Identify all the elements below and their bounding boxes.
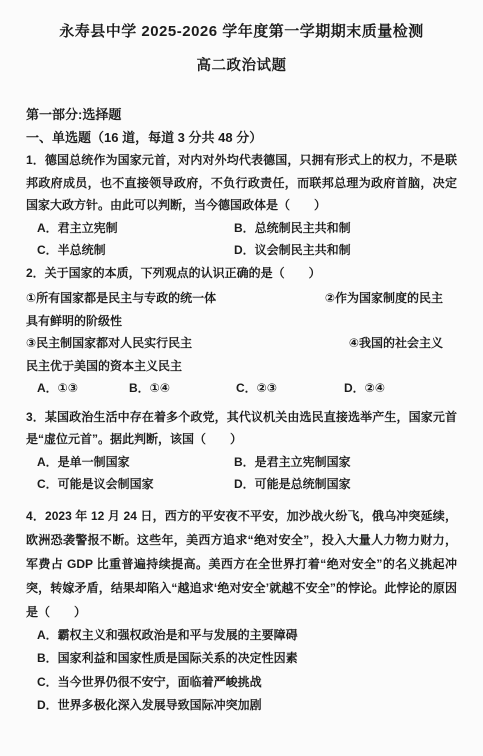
question-2-option-b: B．①④ <box>129 377 236 400</box>
question-1-option-b: B．总统制民主共和制 <box>234 217 457 240</box>
statement-4-continued: 民主优于美国的资本主义民主 <box>26 355 457 378</box>
question-3-options: A．是单一制国家 B．是君主立宪制国家 C．可能是议会制国家 D．可能是总统制国… <box>26 451 457 496</box>
question-3-option-b: B．是君主立宪制国家 <box>234 451 457 474</box>
statement-1: ①所有国家都是民主与专政的统一体 <box>26 287 216 310</box>
question-2-option-d: D．②④ <box>344 377 385 400</box>
question-1-options: A．君主立宪制 B．总统制民主共和制 C．半总统制 D．议会制民主共和制 <box>26 217 457 262</box>
question-3-option-c: C．可能是议会制国家 <box>37 473 234 496</box>
paper-title: 永寿县中学 2025-2026 学年度第一学期期末质量检测 <box>26 22 457 42</box>
exam-paper-page: 永寿县中学 2025-2026 学年度第一学期期末质量检测 高二政治试题 第一部… <box>0 0 483 756</box>
section-type-header: 一、单选题（16 道，每道 3 分共 48 分） <box>26 127 457 150</box>
question-2-options: A．①③ B．①④ C．②③ D．②④ <box>26 377 457 400</box>
question-1-option-d: D．议会制民主共和制 <box>234 239 457 262</box>
statement-row-2: ③民主制国家都对人民实行民主 ④我国的社会主义 <box>26 332 457 355</box>
question-3-option-d: D．可能是总统制国家 <box>234 473 457 496</box>
question-1-option-a: A．君主立宪制 <box>37 217 234 240</box>
question-2-statements: ①所有国家都是民主与专政的统一体 ②作为国家制度的民主 具有鲜明的阶级性 ③民主… <box>26 287 457 377</box>
question-2-stem: 2．关于国家的本质，下列观点的认识正确的是（ ） <box>26 262 457 285</box>
question-4-option-b: B．国家利益和国家性质是国际关系的决定性因素 <box>37 647 457 670</box>
question-2: 2．关于国家的本质，下列观点的认识正确的是（ ） ①所有国家都是民主与专政的统一… <box>26 262 457 400</box>
question-2-option-c: C．②③ <box>236 377 344 400</box>
question-4-options: A．霸权主义和强权政治是和平与发展的主要障碍 B．国家利益和国家性质是国际关系的… <box>26 624 457 718</box>
question-1: 1．德国总统作为国家元首，对内对外均代表德国，只拥有形式上的权力，不是联邦政府成… <box>26 149 457 262</box>
question-2-option-a: A．①③ <box>37 377 129 400</box>
question-4-option-d: D．世界多极化深入发展导致国际冲突加剧 <box>37 694 457 717</box>
statement-2: ②作为国家制度的民主 <box>325 287 443 310</box>
question-1-option-c: C．半总统制 <box>37 239 234 262</box>
statement-4: ④我国的社会主义 <box>349 332 443 355</box>
statement-2-continued: 具有鲜明的阶级性 <box>26 310 457 333</box>
paper-subtitle: 高二政治试题 <box>26 57 457 76</box>
section-part-header: 第一部分:选择题 <box>26 104 457 127</box>
question-4-option-c: C．当今世界仍很不安宁，面临着严峻挑战 <box>37 671 457 694</box>
question-3-stem: 3．某国政治生活中存在着多个政党，其代议机关由选民直接选举产生，国家元首是“虚位… <box>26 406 457 451</box>
statement-row-1: ①所有国家都是民主与专政的统一体 ②作为国家制度的民主 <box>26 287 457 310</box>
statement-3: ③民主制国家都对人民实行民主 <box>26 332 192 355</box>
question-3: 3．某国政治生活中存在着多个政党，其代议机关由选民直接选举产生，国家元首是“虚位… <box>26 406 457 496</box>
question-1-stem: 1．德国总统作为国家元首，对内对外均代表德国，只拥有形式上的权力，不是联邦政府成… <box>26 149 457 217</box>
question-3-option-a: A．是单一制国家 <box>37 451 234 474</box>
question-4: 4．2023 年 12 月 24 日，西方的平安夜不平安，加沙战火纷飞，俄乌冲突… <box>26 504 457 718</box>
question-4-option-a: A．霸权主义和强权政治是和平与发展的主要障碍 <box>37 624 457 647</box>
question-4-stem: 4．2023 年 12 月 24 日，西方的平安夜不平安，加沙战火纷飞，俄乌冲突… <box>26 504 457 624</box>
